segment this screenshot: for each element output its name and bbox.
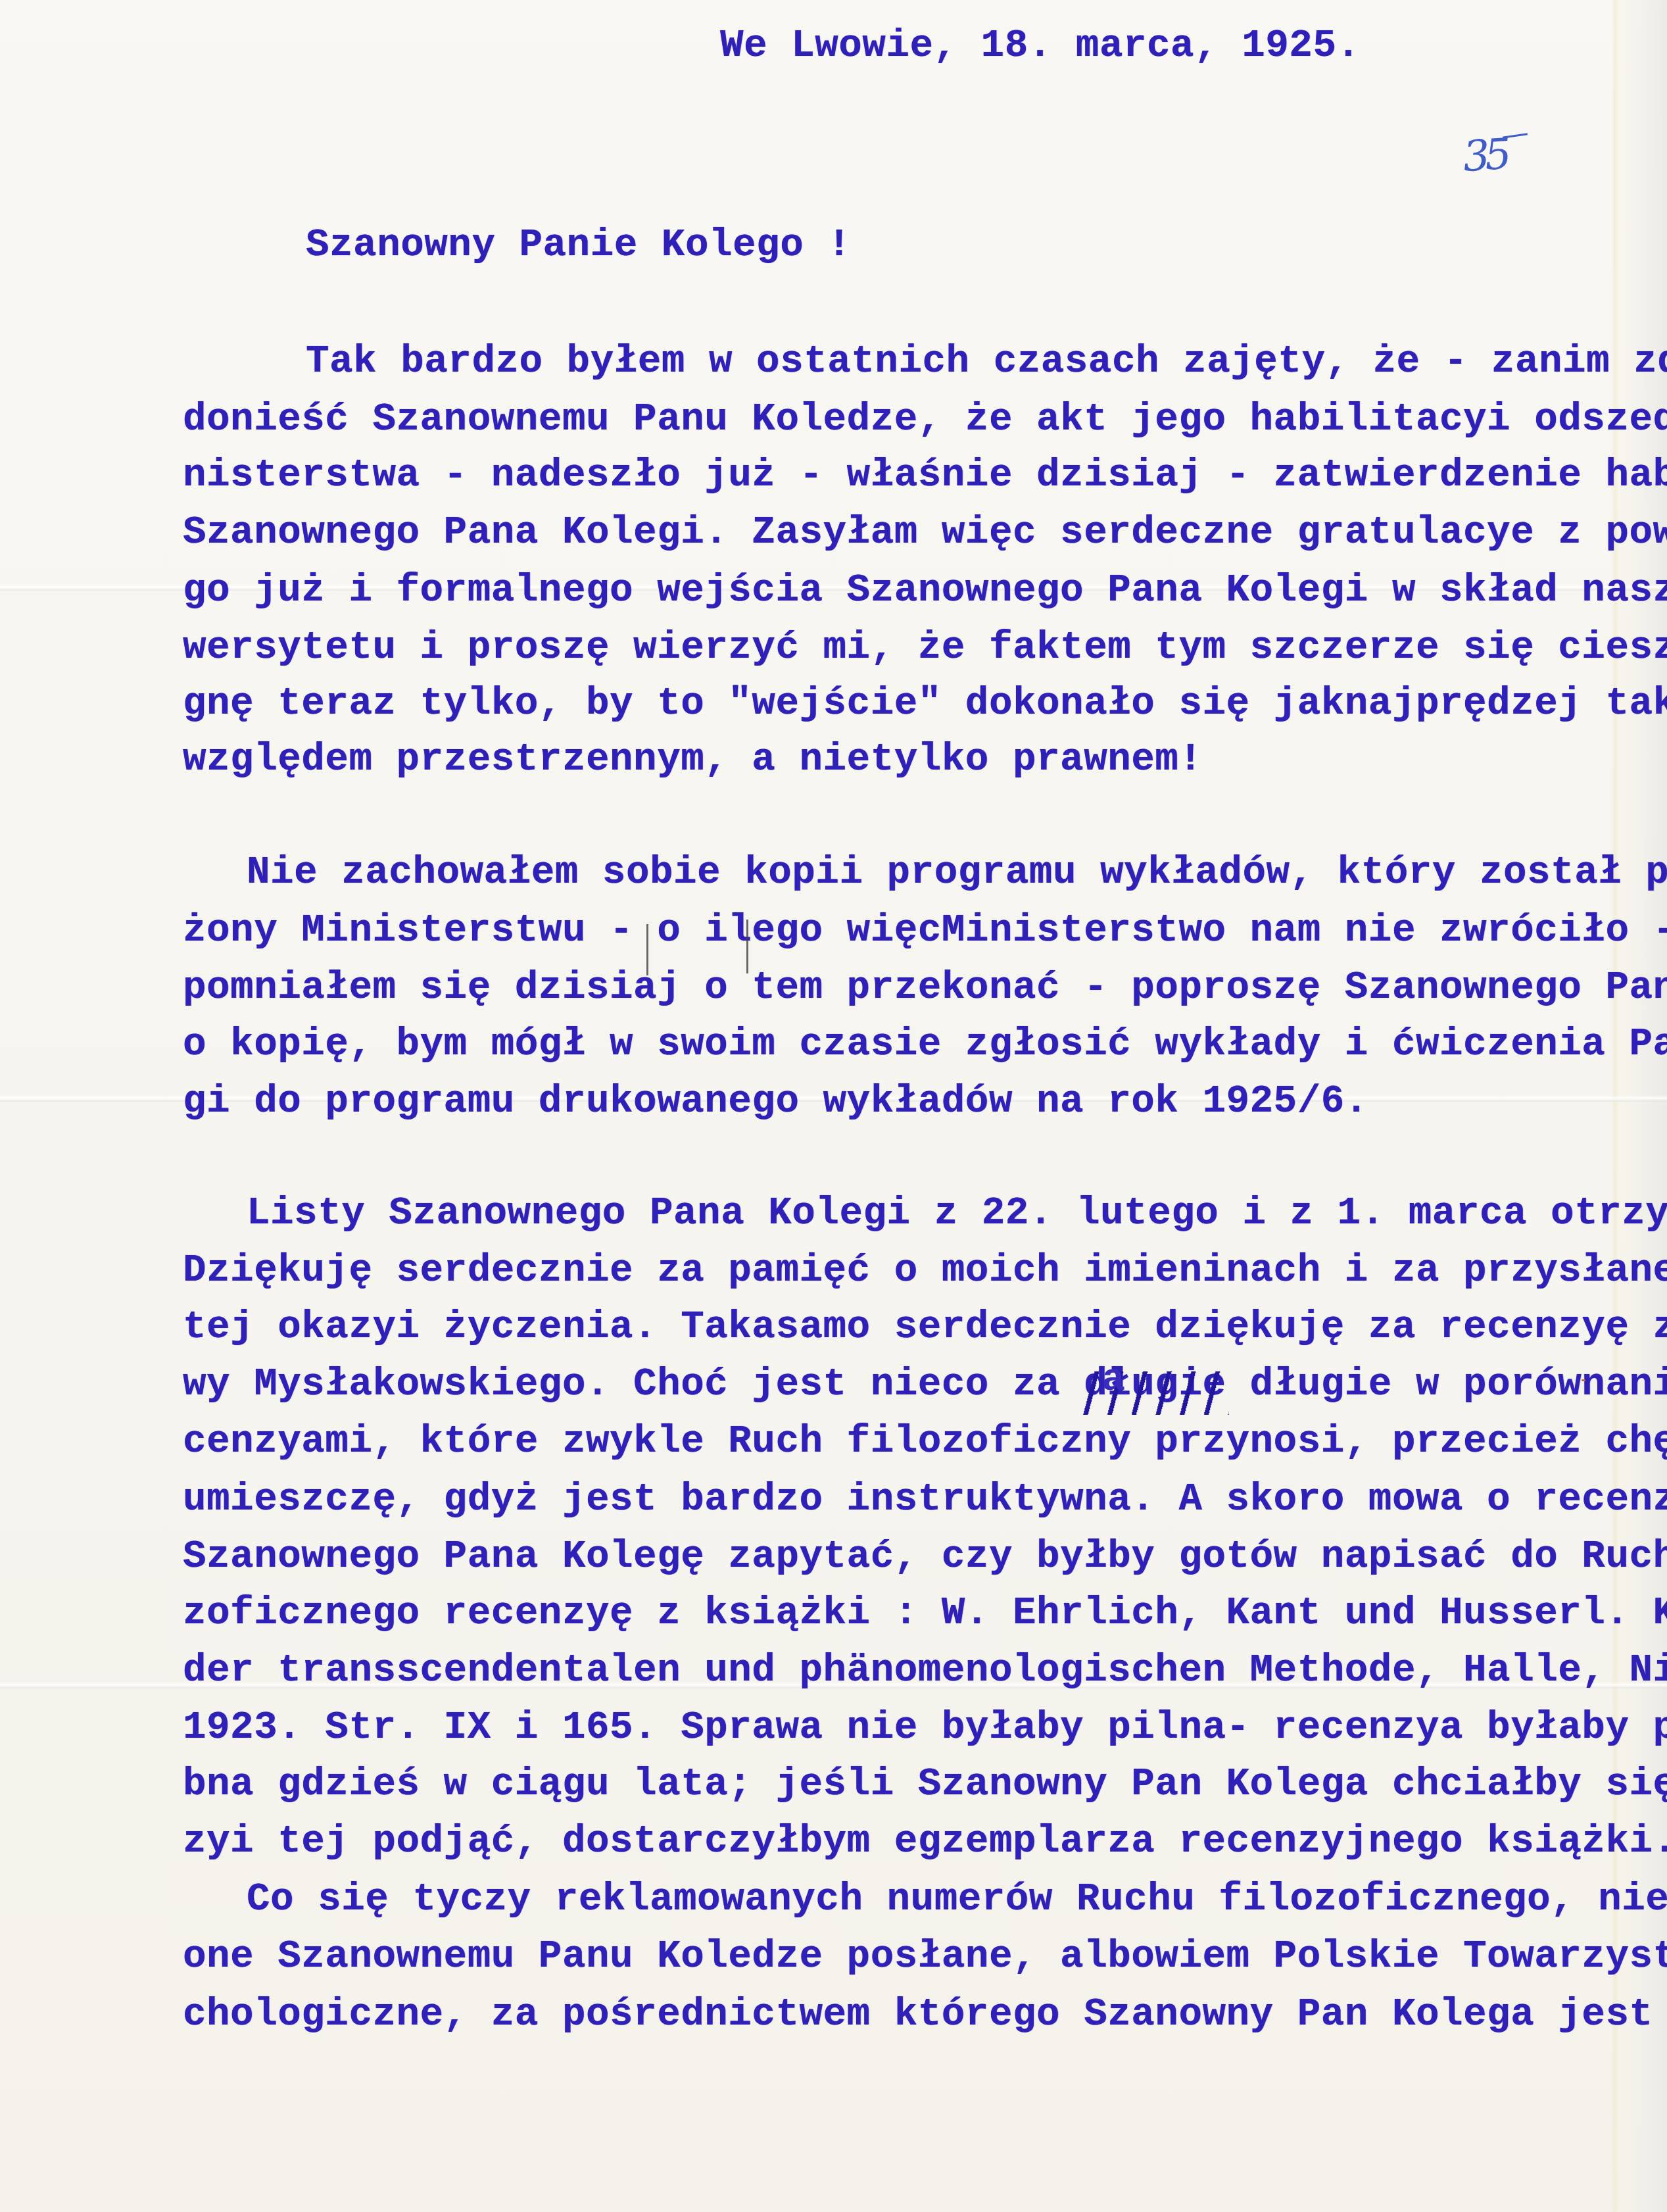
letter-line: Szanownego Pana Kolegę zapytać, czy byłb… [183, 1537, 1667, 1577]
letter-line: wersytetu i proszę wierzyć mi, że faktem… [183, 628, 1667, 668]
letter-line: gi do programu drukowanego wykładów na r… [183, 1082, 1368, 1121]
salutation: Szanowny Panie Kolego ! [306, 226, 851, 265]
letter-line: Tak bardzo byłem w ostatnich czasach zaj… [306, 342, 1667, 381]
dateline: We Lwowie, 18. marca, 1925. [720, 26, 1361, 66]
handwritten-page-number: 35 [1461, 130, 1507, 182]
letter-line: Dziękuję serdecznie za pamięć o moich im… [183, 1251, 1667, 1290]
letter-line: umieszczę, gdyż jest bardzo instruktywna… [183, 1480, 1667, 1519]
pencil-mark [646, 924, 648, 975]
letter-line: Co się tyczy reklamowanych numerów Ruchu… [247, 1880, 1667, 1919]
letter-line: żony Ministerstwu - o ilego więcMinister… [183, 911, 1667, 950]
letter-line: bna gdzieś w ciągu lata; jeśli Szanowny … [183, 1765, 1667, 1804]
letter-line: chologiczne, za pośrednictwem którego Sz… [183, 1995, 1667, 2034]
letter-line: 1923. Str. IX i 165. Sprawa nie byłaby p… [183, 1708, 1667, 1748]
letter-line: względem przestrzennym, a nietylko prawn… [183, 740, 1202, 779]
letter-line: wy Mysłakowskiego. Choć jest nieco za dł… [183, 1365, 1667, 1404]
letter-line: zyi tej podjąć, dostarczyłbym egzemplarz… [183, 1822, 1667, 1861]
letter-line: donieść Szanownemu Panu Koledze, że akt … [183, 400, 1667, 439]
letter-line: go już i formalnego wejścia Szanownego P… [183, 571, 1667, 610]
letter-line: nisterstwa - nadeszło już - właśnie dzis… [183, 456, 1667, 495]
letter-line: Listy Szanownego Pana Kolegi z 22. luteg… [247, 1194, 1667, 1233]
interlinear-insertion: a [1101, 1360, 1125, 1400]
letter-line: o kopię, bym mógł w swoim czasie zgłosić… [183, 1025, 1667, 1064]
pencil-mark [746, 920, 748, 973]
letter-line: Nie zachowałem sobie kopii programu wykł… [247, 853, 1667, 893]
paper-speck [1582, 1379, 1585, 1381]
letter-line: zoficznego recenzyę z książki : W. Ehrli… [183, 1594, 1667, 1633]
letter-line: one Szanownemu Panu Koledze posłane, alb… [183, 1937, 1667, 1977]
letter-line: cenzyami, które zwykle Ruch filozoficzny… [183, 1422, 1667, 1462]
letter-line: pomniałem się dzisiaj o tem przekonać - … [183, 968, 1667, 1008]
letter-line: der transscendentalen und phänomenologis… [183, 1651, 1667, 1690]
letter-line: gnę teraz tylko, by to "wejście" dokonał… [183, 684, 1667, 724]
letter-line: Szanownego Pana Kolegi. Zasyłam więc ser… [183, 513, 1667, 553]
letter-line: tej okazyi życzenia. Takasamo serdecznie… [183, 1308, 1667, 1347]
page-number-flourish [1503, 133, 1528, 138]
